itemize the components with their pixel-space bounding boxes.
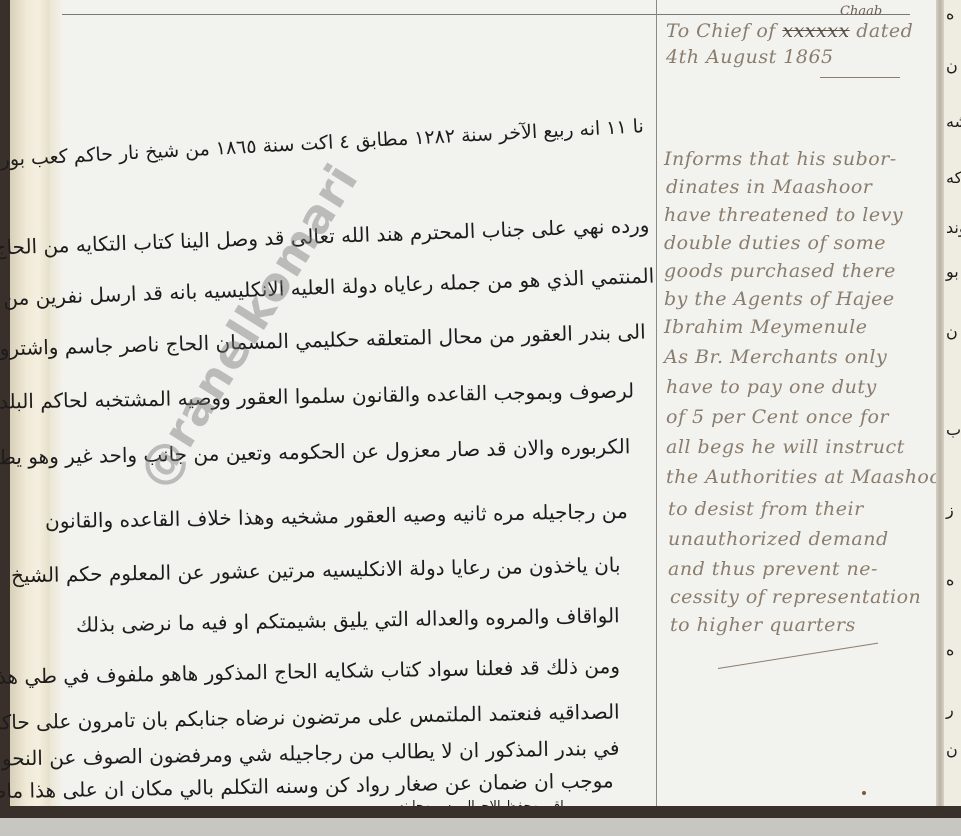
summary-line: Informs that his subor-: [664, 148, 897, 170]
summary-line: dinates in Maashoor: [666, 176, 872, 198]
book-gutter: [936, 0, 944, 806]
summary-line: by the Agents of Hajee: [664, 288, 895, 310]
summary-line: all begs he will instruct: [666, 436, 905, 458]
summary-header-line1: To Chief of xxxxxx dated: [666, 20, 913, 42]
letter-line: الى بندر العقور من محال المتعلقه حكليمي …: [0, 319, 646, 360]
letter-line: ومن ذلك قد فعلنا سواد كتاب شكايه الحاج ا…: [0, 654, 620, 690]
letter-line: الواقاف والمروه والعداله التي يليق بشيمت…: [76, 603, 620, 636]
summary-line: and thus prevent ne-: [668, 558, 878, 580]
facing-page-glyph: ه: [946, 570, 954, 589]
header-struck-word: xxxxxx: [782, 20, 849, 42]
arabic-letter-column: نا ١١ انه ربيع الآخر سنة ١٢٨٢ مطابق ٤ اك…: [64, 0, 654, 808]
summary-line: unauthorized demand: [668, 528, 889, 550]
closing-stroke: [718, 643, 878, 669]
facing-page-glyph: ه: [946, 640, 954, 659]
facing-page-glyph: رکه: [946, 168, 961, 187]
header-suffix: dated: [856, 20, 913, 42]
summary-line: As Br. Merchants only: [664, 346, 887, 368]
facing-page-edge: ه ن شه رکه پوند بو ن ب ز ه ه ر ن: [944, 0, 961, 806]
summary-line: of 5 per Cent once for: [666, 406, 889, 428]
manuscript-scan: نا ١١ انه ربيع الآخر سنة ١٢٨٢ مطابق ٤ اك…: [0, 0, 961, 836]
facing-page-glyph: ر: [946, 700, 954, 719]
summary-line: cessity of representation: [670, 586, 921, 608]
book-cover-bottom-edge: [0, 806, 961, 818]
letter-line: الصداقيه فنعتمد الملتمس على مرتضون نرضاه…: [0, 699, 620, 736]
letter-line: من رجاجيله مره ثانيه وصيه العقور مشخيه و…: [45, 499, 628, 533]
header-underline: [820, 77, 900, 78]
summary-header-date: 4th August 1865: [666, 46, 834, 68]
summary-line: Ibrahim Meymenule: [664, 316, 867, 338]
facing-page-glyph: ن: [946, 322, 958, 341]
summary-line: to higher quarters: [670, 614, 856, 636]
english-summary-column: To Chief of xxxxxx dated Chaab 4th Augus…: [662, 0, 934, 808]
scan-background: [0, 818, 961, 836]
header-prefix: To Chief of: [666, 20, 776, 42]
facing-page-glyph: ب: [946, 420, 961, 439]
header-insert-word: Chaab: [840, 4, 882, 19]
letter-line: الكربوره والان قد صار معزول عن الحكومه و…: [0, 434, 630, 470]
column-divider-line: [656, 0, 657, 808]
facing-page-glyph: بو: [946, 262, 959, 281]
foxing-spot: [862, 791, 866, 795]
summary-line: to desist from their: [668, 498, 864, 520]
facing-page-glyph: شه: [946, 112, 961, 131]
letter-line: المنتمي الذي هو من جمله رعاياه دولة العل…: [0, 264, 654, 313]
summary-line: goods purchased there: [664, 260, 896, 282]
letter-line: بان ياخذون من رعايا دولة الانكليسيه مرتي…: [10, 553, 620, 588]
facing-page-glyph: پوند: [946, 218, 961, 237]
summary-line: have threatened to levy: [664, 204, 903, 226]
facing-page-glyph: ز: [946, 500, 954, 519]
facing-page-glyph: ه: [946, 4, 954, 23]
letter-line: في بندر المذكور ان لا يطالب من رجاجيله ش…: [0, 736, 620, 773]
summary-line: the Authorities at Maashoor: [666, 466, 951, 488]
letter-line: لرصوف وبموجب القاعده والقانون سلموا العق…: [0, 378, 634, 413]
facing-page-glyph: ن: [946, 740, 958, 759]
summary-line: double duties of some: [664, 232, 886, 254]
facing-page-glyph: ن: [946, 56, 958, 75]
summary-line: have to pay one duty: [666, 376, 877, 398]
